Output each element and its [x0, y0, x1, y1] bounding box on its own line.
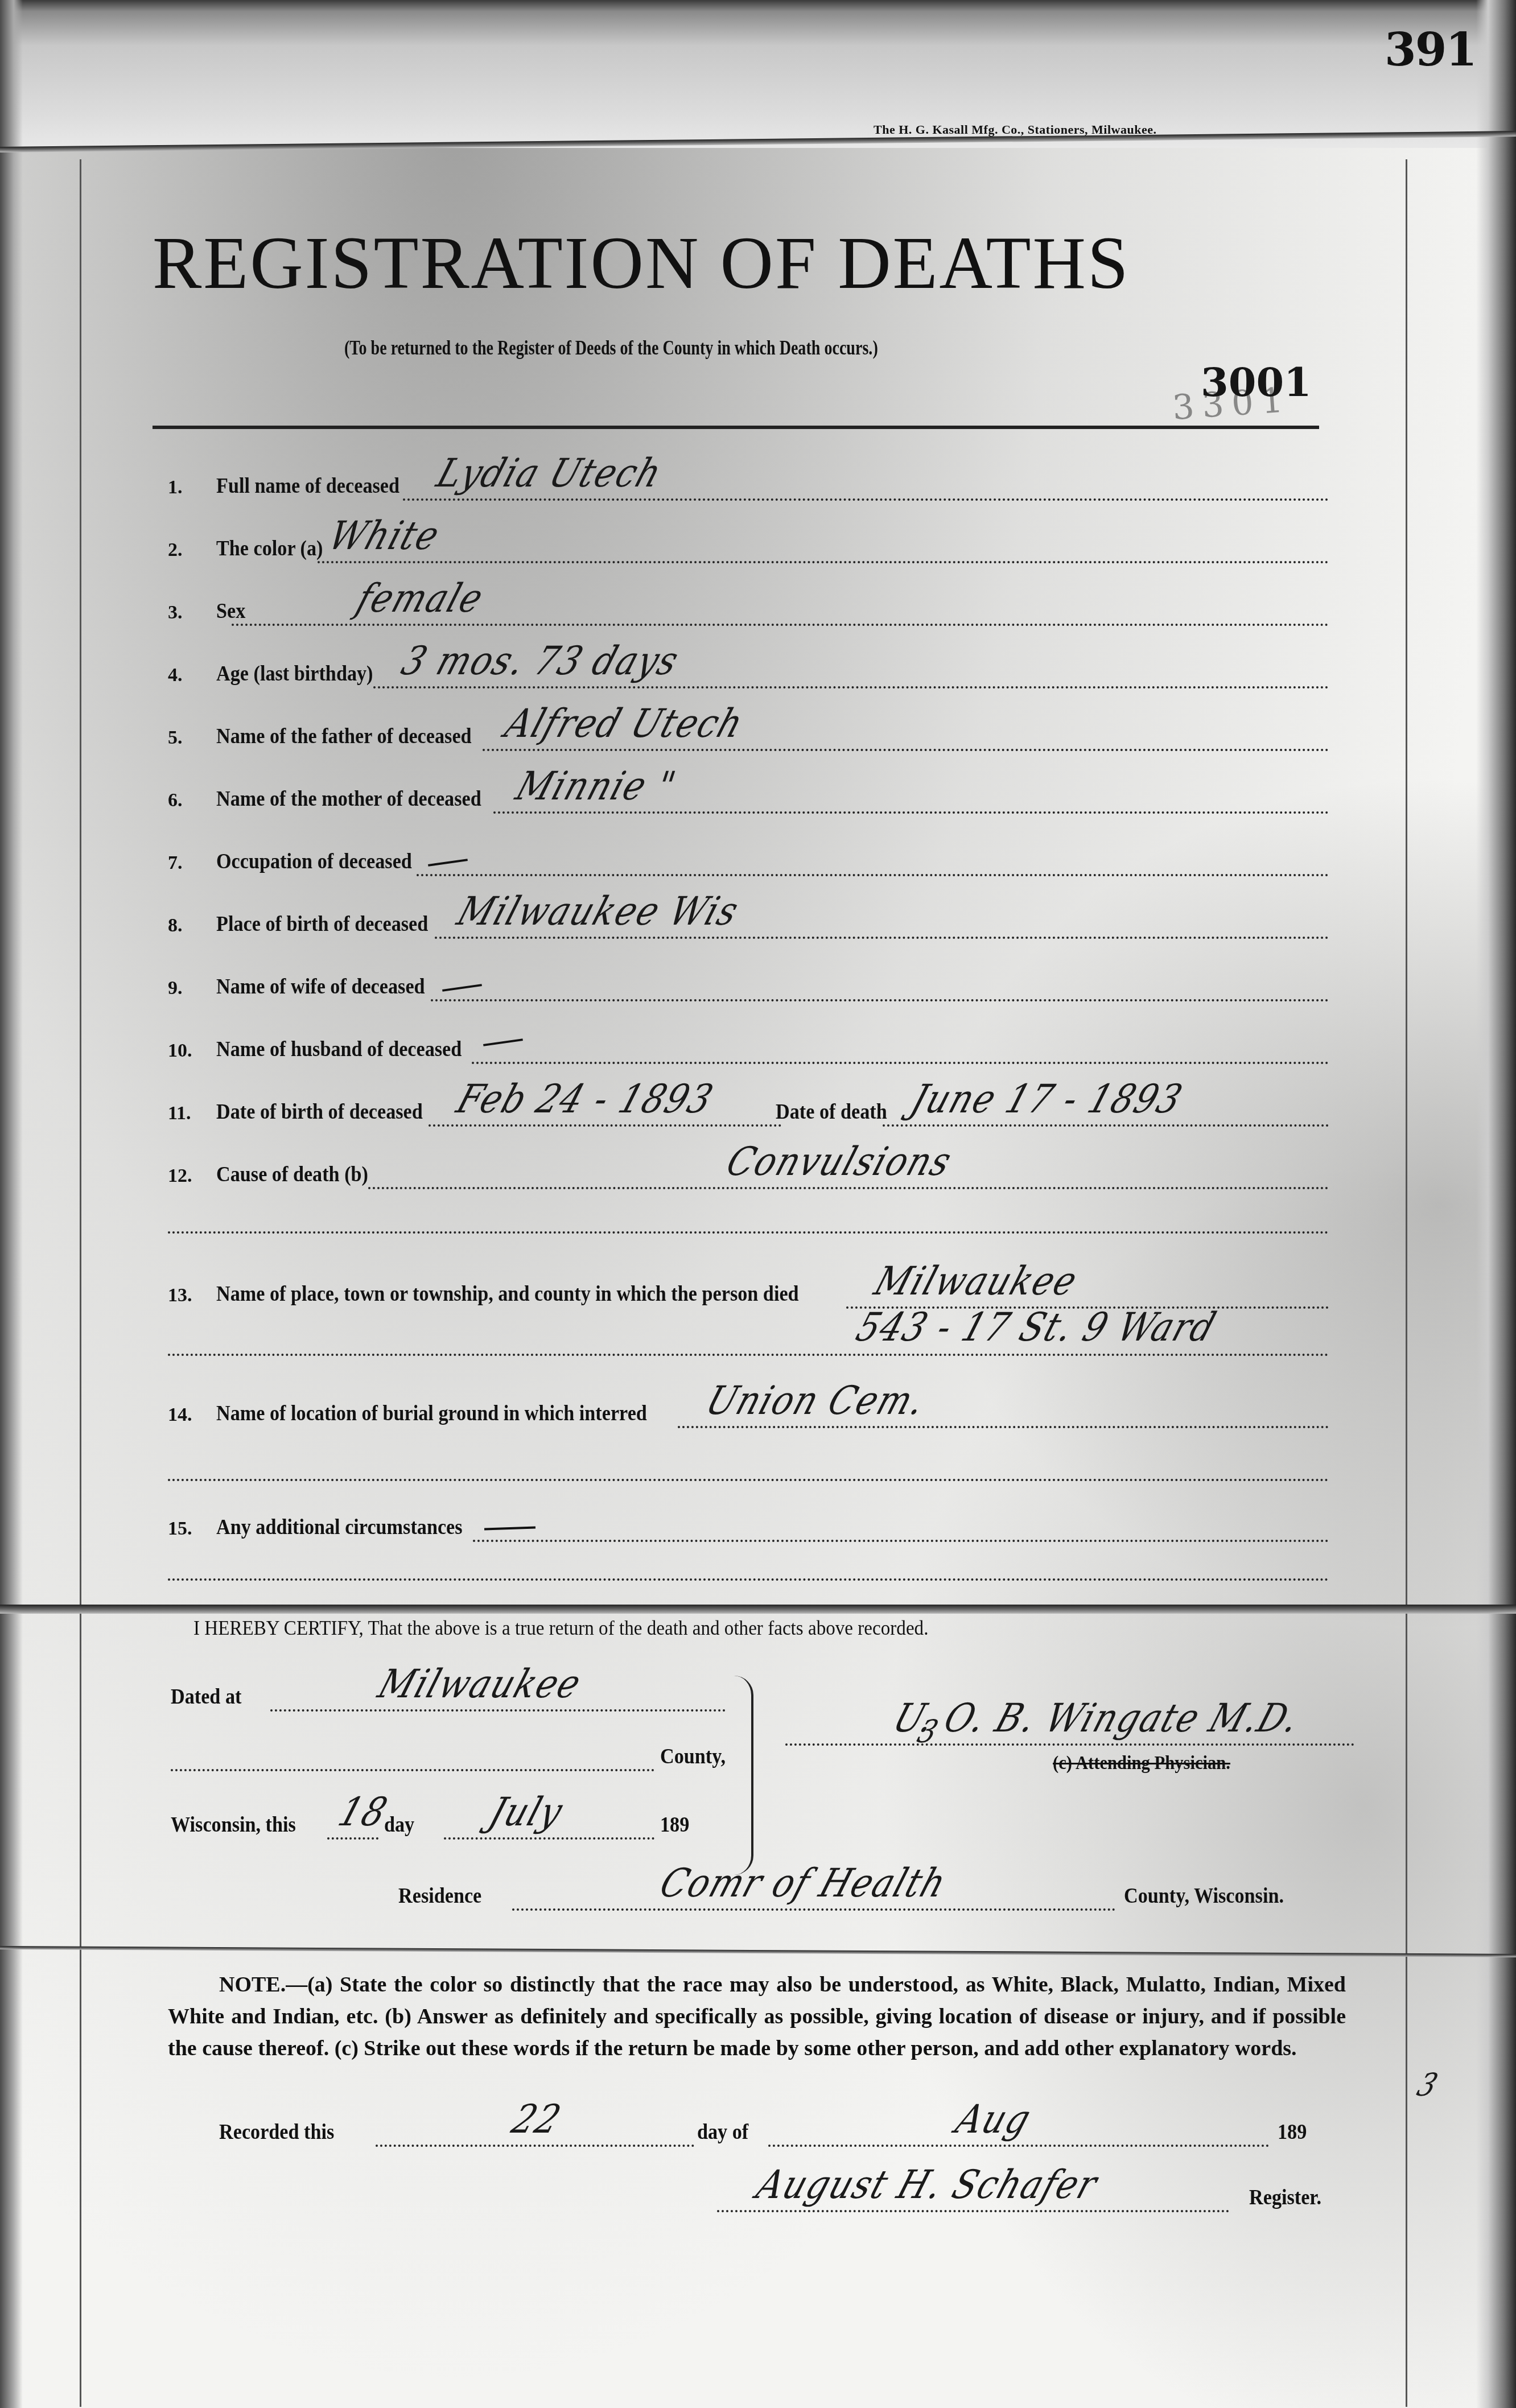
additional-circumstances-continuation-line[interactable] — [168, 1576, 1329, 1581]
recorded-day-line[interactable]: 22 — [376, 2142, 694, 2147]
field-dates: 11. Date of birth of deceased Feb 24 - 1… — [168, 1075, 1329, 1127]
recorded-this-label: Recorded this — [219, 2120, 334, 2145]
field-label: Name of husband of deceased — [216, 1037, 462, 1064]
handwritten-value: White — [323, 513, 446, 559]
field-number: 4. — [168, 665, 216, 688]
date-of-death-line[interactable]: June 17 - 1893 — [883, 1090, 1329, 1127]
record-number-stamp: 3001 — [1201, 358, 1312, 406]
handwritten-date-of-birth: Feb 24 - 1893 — [451, 1077, 719, 1123]
field-entry-line[interactable]: Minnie " — [493, 777, 1329, 814]
county-line[interactable] — [171, 1767, 654, 1771]
attending-physician-label: (c) Attending Physician. — [1053, 1753, 1230, 1774]
date-of-death-label: Date of death — [776, 1099, 887, 1127]
bracket-brace — [734, 1676, 753, 1875]
dated-at-label: Dated at — [171, 1684, 241, 1709]
handwritten-value: Minnie " — [510, 764, 682, 810]
form-title: REGISTRATION OF DEATHS — [153, 219, 1130, 306]
year-prefix: 189 — [660, 1812, 689, 1837]
blank-dash-mark — [483, 1038, 523, 1046]
handwritten-value: Milwaukee — [869, 1259, 1084, 1305]
certification-month-line[interactable]: July — [444, 1835, 654, 1840]
handwritten-value: Convulsions — [721, 1139, 958, 1185]
scan-left-edge — [0, 0, 23, 2408]
printer-imprint: The H. G. Kasall Mfg. Co., Stationers, M… — [874, 122, 1156, 137]
recorded-month-line[interactable]: Aug — [768, 2142, 1269, 2147]
recorded-year-prefix: 189 — [1278, 2120, 1307, 2145]
certification-day-line[interactable]: 18 — [327, 1835, 378, 1840]
handwritten-residence: Comr of Health — [654, 1861, 953, 1907]
form-note: NOTE.—(a) State the color so distinctly … — [168, 1969, 1346, 2064]
form-subtitle: (To be returned to the Register of Deeds… — [344, 336, 878, 360]
field-entry-line[interactable] — [472, 1028, 1329, 1064]
field-number: 8. — [168, 915, 216, 939]
handwritten-date-of-death: June 17 - 1893 — [905, 1077, 1189, 1123]
field-number: 14. — [168, 1404, 216, 1428]
field-number: 1. — [168, 477, 216, 501]
residence-line[interactable]: Comr of Health — [512, 1906, 1115, 1911]
field-number: 2. — [168, 539, 216, 563]
handwritten-value: Alfred Utech — [500, 701, 749, 747]
field-burial-ground: 14. Name of location of burial ground in… — [168, 1377, 1329, 1428]
field-color: 2. The color (a) White — [168, 512, 1329, 563]
field-husband-name: 10. Name of husband of deceased — [168, 1013, 1329, 1064]
field-entry-line[interactable]: Convulsions — [368, 1153, 1329, 1189]
handwritten-value: female — [351, 576, 489, 622]
handwritten-register-signature: August H. Schafer — [751, 2162, 1103, 2208]
field-place-of-birth: 8. Place of birth of deceased Milwaukee … — [168, 888, 1329, 939]
field-sex: 3. Sex female — [168, 575, 1329, 626]
page-number: 391 — [1385, 23, 1476, 76]
handwritten-recorded-month: Aug — [950, 2097, 1037, 2143]
burial-ground-continuation-line[interactable] — [168, 1477, 1329, 1481]
field-entry-line[interactable]: Milwaukee Wis — [435, 902, 1329, 939]
field-cause-of-death: 12. Cause of death (b) Convulsions — [168, 1138, 1329, 1189]
field-label: Age (last birthday) — [216, 661, 373, 688]
handwritten-recorded-year-digit: 3 — [1315, 2067, 1443, 2406]
left-margin-rule — [80, 159, 81, 2407]
field-entry-line[interactable] — [417, 840, 1329, 876]
field-label: Full name of deceased — [216, 473, 399, 501]
header-rule — [153, 426, 1319, 429]
field-entry-line[interactable]: Union Cem. — [678, 1392, 1329, 1428]
field-full-name: 1. Full name of deceased Lydia Utech — [168, 450, 1329, 501]
field-number: 9. — [168, 978, 216, 1001]
field-age: 4. Age (last birthday) 3 mos. 73 days — [168, 637, 1329, 688]
field-place-of-death: 13. Name of place, town or township, and… — [168, 1257, 1329, 1309]
paper-fold-line — [0, 1605, 1516, 1614]
field-entry-line[interactable] — [473, 1506, 1329, 1542]
date-of-birth-line[interactable]: Feb 24 - 1893 — [429, 1090, 781, 1127]
field-wife-name: 9. Name of wife of deceased — [168, 950, 1329, 1001]
residence-county-wisconsin: County, Wisconsin. — [1124, 1883, 1284, 1908]
field-entry-line[interactable]: White — [318, 527, 1329, 563]
handwritten-address: 543 - 17 St. 9 Ward — [851, 1305, 1222, 1351]
field-label: Name of location of burial ground in whi… — [216, 1401, 647, 1428]
field-entry-line[interactable]: Lydia Utech — [403, 464, 1329, 501]
field-entry-line[interactable]: Milwaukee — [846, 1272, 1329, 1309]
handwritten-recorded-day: 22 — [506, 2097, 567, 2143]
dated-at-line[interactable]: Milwaukee — [270, 1707, 726, 1712]
field-label: Occupation of deceased — [216, 849, 412, 876]
field-number: 15. — [168, 1518, 216, 1542]
field-label: Name of the mother of deceased — [216, 786, 481, 814]
field-label: Place of birth of deceased — [216, 912, 428, 939]
field-number: 6. — [168, 790, 216, 814]
field-label: Name of place, town or township, and cou… — [216, 1281, 799, 1309]
field-label: Name of the father of deceased — [216, 724, 472, 751]
residence-label: Residence — [398, 1883, 481, 1908]
wisconsin-this-label: Wisconsin, this — [171, 1812, 296, 1837]
physician-signature-line[interactable]: U. O. B. Wingate M.D. — [785, 1741, 1354, 1746]
field-label: Name of wife of deceased — [216, 974, 425, 1001]
handwritten-month: July — [484, 1789, 569, 1836]
field-number: 11. — [168, 1103, 216, 1127]
field-entry-line[interactable] — [431, 965, 1329, 1001]
register-label: Register. — [1249, 2185, 1321, 2210]
blank-dash-mark — [442, 984, 482, 992]
cause-of-death-continuation-line[interactable] — [168, 1229, 1329, 1234]
scan-right-edge — [1476, 0, 1516, 2408]
field-entry-line[interactable]: 3 mos. 73 days — [373, 652, 1329, 688]
scan-top-shadow — [0, 0, 1516, 148]
field-number: 3. — [168, 602, 216, 626]
field-number: 5. — [168, 727, 216, 751]
field-number: 13. — [168, 1285, 216, 1309]
day-of-label: day of — [697, 2120, 748, 2145]
handwritten-dated-at: Milwaukee — [373, 1661, 587, 1708]
field-father-name: 5. Name of the father of deceased Alfred… — [168, 700, 1329, 751]
field-label: The color (a) — [216, 536, 323, 563]
death-registration-page: 391 The H. G. Kasall Mfg. Co., Stationer… — [0, 0, 1516, 2408]
paper-fold-line — [0, 1946, 1516, 1957]
field-occupation: 7. Occupation of deceased — [168, 825, 1329, 876]
field-additional-circumstances: 15. Any additional circumstances — [168, 1491, 1329, 1542]
handwritten-value: Lydia Utech — [431, 451, 668, 497]
field-number: 10. — [168, 1040, 216, 1064]
handwritten-value: 3 mos. 73 days — [396, 638, 685, 685]
field-number: 7. — [168, 852, 216, 876]
right-margin-rule — [1406, 159, 1407, 2407]
place-of-death-continuation-line[interactable]: 543 - 17 St. 9 Ward — [168, 1351, 1329, 1356]
handwritten-physician-signature: U. O. B. Wingate M.D. — [888, 1696, 1305, 1742]
field-label: Cause of death (b) — [216, 1162, 368, 1189]
field-entry-line[interactable]: female — [232, 589, 1329, 626]
county-label: County, — [660, 1744, 726, 1769]
field-number: 12. — [168, 1165, 216, 1189]
field-label: Any additional circumstances — [216, 1515, 463, 1542]
blank-dash-mark — [484, 1526, 535, 1530]
handwritten-value: Milwaukee Wis — [452, 889, 745, 935]
certification-statement: I HEREBY CERTIFY, That the above is a tr… — [193, 1616, 928, 1640]
day-label: day — [384, 1812, 414, 1837]
register-signature-line[interactable]: August H. Schafer — [717, 2208, 1229, 2212]
field-mother-name: 6. Name of the mother of deceased Minnie… — [168, 762, 1329, 814]
field-entry-line[interactable]: Alfred Utech — [483, 715, 1329, 751]
field-label: Date of birth of deceased — [216, 1099, 423, 1127]
handwritten-value: Union Cem. — [701, 1378, 932, 1424]
blank-dash-mark — [428, 859, 468, 867]
